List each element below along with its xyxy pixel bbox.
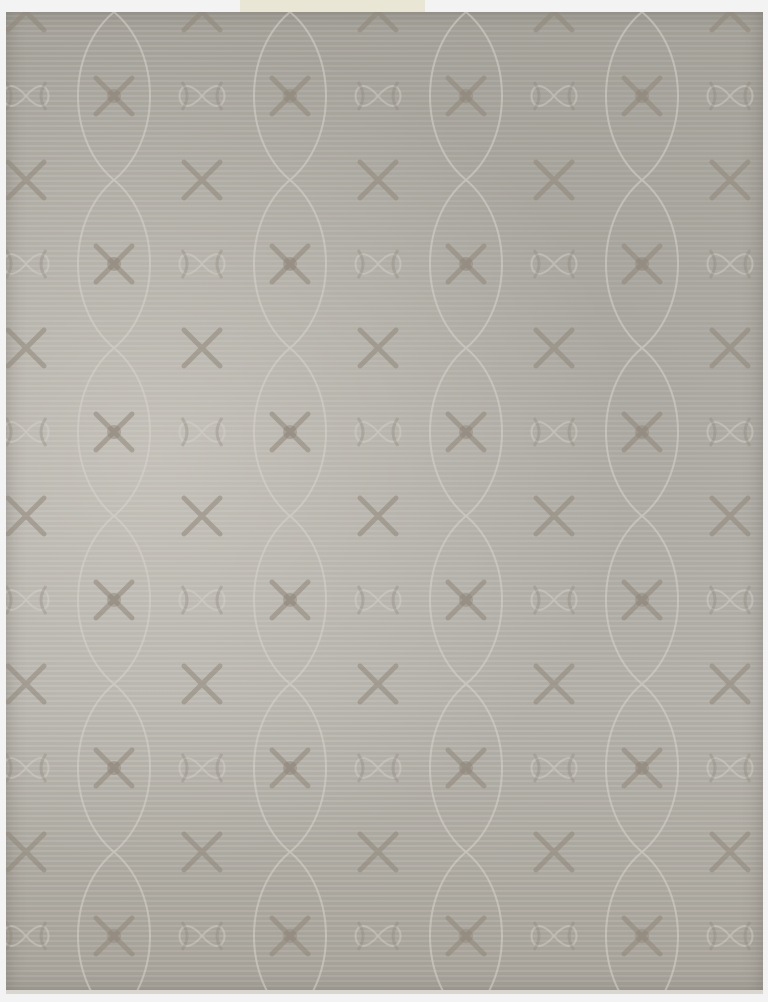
rug-fringe-bottom [6, 990, 763, 994]
rug-pattern [6, 12, 763, 992]
label-tag [240, 0, 425, 12]
rug [6, 12, 763, 992]
